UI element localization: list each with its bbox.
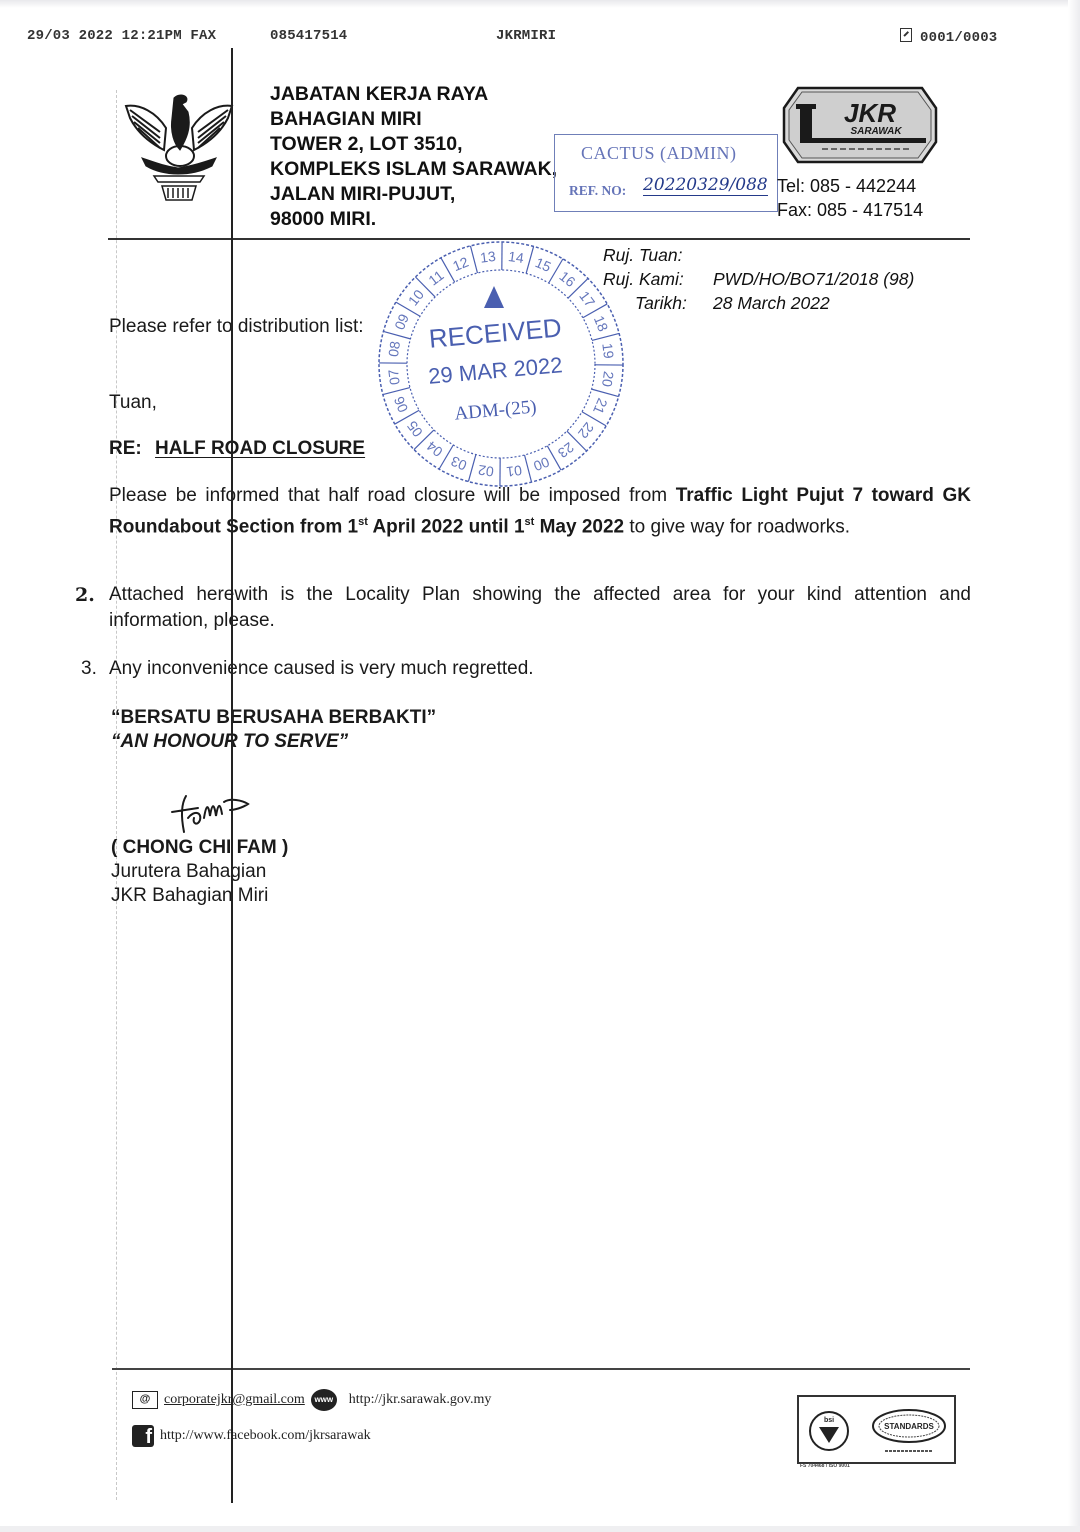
contact-numbers: Tel: 085 - 442244 Fax: 085 - 417514 — [777, 174, 923, 222]
footer-divider — [112, 1368, 970, 1370]
svg-text:03: 03 — [448, 453, 469, 474]
svg-text:ADM-(25): ADM-(25) — [454, 396, 538, 424]
svg-text:02: 02 — [477, 462, 495, 480]
letterhead-address: JABATAN KERJA RAYA BAHAGIAN MIRI TOWER 2… — [270, 82, 557, 232]
website-link[interactable]: http://jkr.sarawak.gov.my — [349, 1392, 492, 1408]
subject-prefix: RE: — [109, 438, 142, 459]
page-edge — [0, 1526, 1080, 1532]
svg-text:20: 20 — [599, 370, 617, 388]
fax: Fax: 085 - 417514 — [777, 198, 923, 222]
letterhead-line: JALAN MIRI-PUJUT, — [270, 182, 557, 207]
fax-datetime: 29/03 2022 12:21PM FAX — [27, 28, 216, 44]
svg-text:19: 19 — [599, 342, 617, 360]
svg-text:12: 12 — [450, 253, 471, 274]
svg-text:11: 11 — [425, 267, 446, 289]
svg-text:17: 17 — [576, 288, 598, 310]
svg-text:SARAWAK: SARAWAK — [850, 126, 902, 137]
svg-text:01: 01 — [505, 462, 523, 480]
motto-malay: “BERSATU BERUSAHA BERBAKTI” — [111, 706, 436, 730]
svg-text:29 MAR 2022: 29 MAR 2022 — [427, 352, 563, 389]
svg-text:18: 18 — [591, 313, 612, 334]
paragraph-2: 2. Attached herewith is the Locality Pla… — [109, 582, 971, 634]
arrow-up-icon — [484, 286, 504, 308]
letterhead-line: BAHAGIAN MIRI — [270, 107, 557, 132]
svg-text:09: 09 — [391, 311, 412, 332]
footer-row: f http://www.facebook.com/jkrsarawak — [132, 1424, 491, 1448]
footer-contacts: @ corporatejkr@gmail.com www http://jkr.… — [132, 1388, 491, 1460]
globe-icon: www — [311, 1389, 337, 1411]
certification-caption: FS 704468 / ISO 9001 — [800, 1463, 850, 1469]
motto: “BERSATU BERUSAHA BERBAKTI” “AN HONOUR T… — [111, 706, 436, 754]
scan-artifact-line — [231, 48, 233, 1503]
svg-text:10: 10 — [405, 286, 427, 308]
fax-header: 29/03 2022 12:21PM FAX 085417514 JKRMIRI… — [0, 28, 1080, 48]
letterhead-line: JABATAN KERJA RAYA — [270, 82, 557, 107]
handwritten-signature — [168, 788, 268, 838]
sarawak-coat-of-arms-icon — [120, 88, 238, 206]
page-edge — [0, 0, 1080, 8]
svg-text:13: 13 — [479, 248, 497, 266]
svg-text:06: 06 — [390, 394, 411, 415]
svg-text:14: 14 — [507, 248, 525, 266]
letterhead-line: KOMPLEKS ISLAM SARAWAK, — [270, 157, 557, 182]
telephone: Tel: 085 - 442244 — [777, 174, 923, 198]
svg-text:04: 04 — [423, 438, 445, 460]
motto-english: “AN HONOUR TO SERVE” — [111, 730, 436, 754]
stamp-ref-number: 20220329/088 — [643, 175, 768, 196]
signatory-office: JKR Bahagian Miri — [111, 884, 288, 908]
svg-text:RECEIVED: RECEIVED — [428, 312, 563, 353]
letterhead-line: TOWER 2, LOT 3510, — [270, 132, 557, 157]
distribution-note: Please refer to distribution list: — [109, 316, 364, 338]
svg-text:00: 00 — [531, 454, 552, 475]
page-icon — [900, 28, 912, 42]
email-link[interactable]: corporatejkr@gmail.com — [164, 1392, 305, 1408]
svg-text:05: 05 — [404, 418, 426, 440]
facebook-icon: f — [132, 1425, 154, 1447]
svg-text:23: 23 — [555, 439, 577, 461]
footer-row: @ corporatejkr@gmail.com www http://jkr.… — [132, 1388, 491, 1412]
svg-text:21: 21 — [590, 396, 611, 417]
salutation: Tuan, — [109, 392, 157, 414]
jkr-sarawak-logo-icon: JKR SARAWAK — [782, 86, 938, 164]
subject-title: HALF ROAD CLOSURE — [155, 438, 365, 459]
stamp-title: CACTUS (ADMIN) — [581, 143, 737, 164]
fax-page-counter: 0001/0003 — [900, 28, 997, 46]
facebook-link[interactable]: http://www.facebook.com/jkrsarawak — [160, 1428, 371, 1444]
certification-logos-icon: bsi STANDARDS — [799, 1397, 954, 1462]
signatory-block: ( CHONG CHI FAM ) Jurutera Bahagian JKR … — [111, 836, 288, 908]
svg-text:bsi: bsi — [824, 1417, 834, 1424]
svg-text:STANDARDS: STANDARDS — [884, 1422, 934, 1431]
paragraph-1: Please be informed that half road closur… — [109, 483, 971, 540]
signatory-title: Jurutera Bahagian — [111, 860, 288, 884]
fax-number: 085417514 — [270, 28, 347, 44]
paragraph-number: 2. — [75, 582, 95, 608]
received-date-stamp: 1415161718192021222300010203040506070809… — [370, 238, 632, 490]
svg-text:16: 16 — [556, 268, 578, 290]
fax-station-id: JKRMIRI — [496, 28, 556, 44]
svg-text:08: 08 — [385, 340, 403, 358]
paragraph-3: 3. Any inconvenience caused is very much… — [109, 656, 971, 682]
certification-badges: bsi STANDARDS — [797, 1395, 956, 1464]
paragraph-number: 3. — [81, 656, 97, 682]
svg-text:15: 15 — [533, 254, 554, 275]
page-edge — [1068, 0, 1080, 1532]
svg-text:JKR: JKR — [844, 98, 896, 128]
mail-icon: @ — [132, 1391, 158, 1409]
svg-text:22: 22 — [575, 419, 597, 441]
subject-line: RE: HALF ROAD CLOSURE — [109, 438, 365, 460]
stamp-ref-label: REF. NO: — [569, 183, 626, 199]
signatory-name: ( CHONG CHI FAM ) — [111, 836, 288, 860]
svg-text:07: 07 — [385, 368, 403, 386]
cactus-admin-stamp: CACTUS (ADMIN) REF. NO: 20220329/088 — [554, 134, 778, 212]
scan-margin-artifact — [116, 90, 117, 1500]
letterhead-line: 98000 MIRI. — [270, 207, 557, 232]
